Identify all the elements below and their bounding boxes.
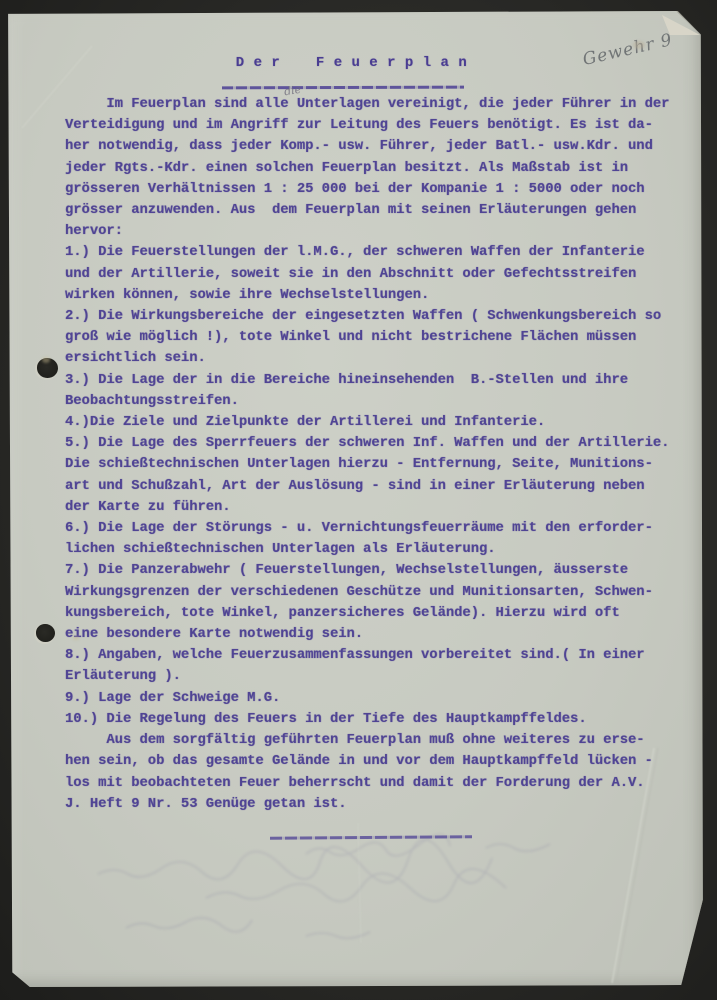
typed-line: 10.) Die Regelung des Feuers in der Tief… (65, 709, 677, 730)
typed-line: 3.) Die Lage der in die Bereiche hineins… (65, 370, 677, 391)
typed-line: der Karte zu führen. (65, 497, 677, 518)
typed-line: 1.) Die Feuerstellungen der l.M.G., der … (65, 242, 677, 263)
typed-line: lichen schießtechnischen Unterlagen als … (65, 539, 677, 560)
typed-line: Aus dem sorgfältig geführten Feuerplan m… (65, 730, 677, 751)
page-background: { "colors": { "ink": "#4a3d92", "paper":… (0, 0, 717, 1000)
typed-line: 5.) Die Lage des Sperrfeuers der schwere… (65, 433, 677, 454)
ink-bleedthrough (98, 834, 550, 938)
typed-body: Im Feuerplan sind alle Unterlagen verein… (65, 94, 677, 815)
typed-line: wirken können, sowie ihre Wechselstellun… (65, 285, 677, 306)
typed-line: Im Feuerplan sind alle Unterlagen verein… (65, 94, 677, 115)
typed-line: eine besondere Karte notwendig sein. (65, 624, 677, 645)
typed-line: grösser anzuwenden. Aus dem Feuerplan mi… (65, 200, 677, 221)
document-paper: D e r F e u e r p l a n die Gewehr 9 Im … (6, 8, 705, 988)
typed-line: 2.) Die Wirkungsbereiche der eingesetzte… (65, 306, 677, 327)
edge-sliver-icon (682, 901, 704, 984)
typed-line: art und Schußzahl, Art der Auslösung - s… (65, 476, 677, 497)
typed-line: her notwendig, dass jeder Komp.- usw. Fü… (65, 136, 677, 157)
typed-line: Beobachtungsstreifen. (65, 391, 677, 412)
punch-hole (37, 358, 58, 378)
typed-line: 8.) Angaben, welche Feuerzusammenfassung… (65, 645, 677, 666)
typed-line: 9.) Lage der Schweige M.G. (65, 688, 677, 709)
typed-line: 4.)Die Ziele und Zielpunkte der Artiller… (65, 412, 677, 433)
typed-line: J. Heft 9 Nr. 53 Genüge getan ist. (65, 794, 677, 815)
typed-line: grösseren Verhältnissen 1 : 25 000 bei d… (65, 179, 677, 200)
typed-line: und der Artillerie, soweit sie in den Ab… (65, 264, 677, 285)
typed-line: hen sein, ob das gesamte Gelände in und … (65, 751, 677, 772)
typed-line: 7.) Die Panzerabwehr ( Feuerstellungen, … (65, 560, 677, 581)
typed-line: Wirkungsgrenzen der verschiedenen Geschü… (65, 582, 677, 603)
typed-line: Die schießtechnischen Unterlagen hierzu … (65, 454, 677, 475)
title-underline (222, 86, 464, 90)
typed-line: 6.) Die Lage der Störungs - u. Vernichtu… (65, 518, 677, 539)
typed-line: ersichtlich sein. (65, 348, 677, 369)
typed-line: jeder Rgts.-Kdr. einen solchen Feuerplan… (65, 158, 677, 179)
typed-line: Verteidigung und im Angriff zur Leitung … (65, 115, 677, 136)
punch-hole (36, 624, 55, 642)
typed-line: los mit beobachteten Feuer beherrscht un… (65, 773, 677, 794)
typed-line: Erläuterung ). (65, 666, 677, 687)
typed-line: kungsbereich, tote Winkel, panzersichere… (65, 603, 677, 624)
closing-separator (270, 835, 472, 839)
typed-line: hervor: (65, 221, 677, 242)
typed-line: groß wie möglich !), tote Winkel und nic… (65, 327, 677, 348)
